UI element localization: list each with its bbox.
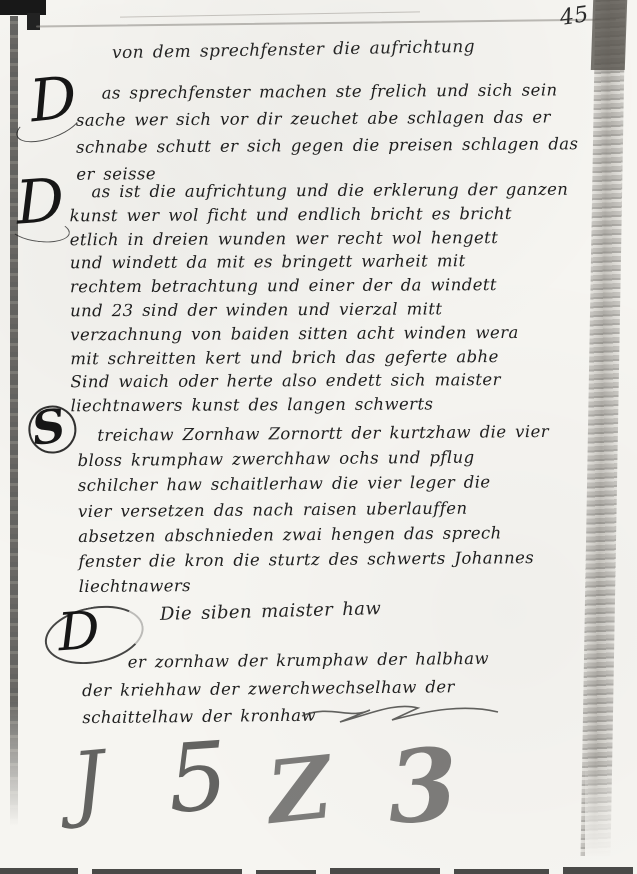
manuscript-line: kunst wer wol ficht und endlich bricht e… bbox=[70, 201, 569, 227]
manuscript-line: und windett da mit es bringett warheit m… bbox=[70, 249, 569, 275]
manuscript-line: treichaw Zornhaw Zornortt der kurtzhaw d… bbox=[97, 419, 549, 448]
manuscript-line: fenster die kron die sturtz des schwerts… bbox=[78, 545, 550, 574]
scan-artifact-bottom-segment bbox=[330, 868, 440, 874]
decorated-initial: D bbox=[14, 170, 67, 233]
paragraph-aufrichtung: as ist die aufrichtung und die erklerung… bbox=[69, 178, 569, 419]
pen-flourish-icon bbox=[300, 694, 500, 728]
scan-artifact-bottom-segment bbox=[454, 869, 549, 874]
manuscript-line: sache wer sich vor dir zeuchet abe schla… bbox=[76, 103, 578, 134]
scan-artifact-bottom-segment bbox=[256, 870, 316, 874]
scan-artifact-top-line-2 bbox=[120, 11, 420, 17]
manuscript-line: verzachnung von baiden sitten acht winde… bbox=[70, 320, 569, 346]
manuscript-line: rechtem betrachtung und einer der da win… bbox=[70, 273, 569, 299]
manuscript-line: er zornhaw der krumphaw der halbhaw bbox=[128, 645, 490, 676]
scan-artifact-bottom-segment bbox=[0, 868, 78, 874]
manuscript-line: liechtnawers kunst des langen schwerts bbox=[71, 392, 570, 418]
manuscript-page: 45 von dem sprechfenster die aufrichtung… bbox=[0, 0, 637, 874]
paragraph-sprechfenster: as sprechfenster machen ste frelich und … bbox=[76, 76, 579, 188]
pen-trial-glyph: 3 bbox=[385, 734, 460, 838]
manuscript-line: schilcher haw schaitlerhaw die vier lege… bbox=[78, 469, 550, 498]
page-number: 45 bbox=[558, 2, 590, 31]
manuscript-line: Sind waich oder herte also endett sich m… bbox=[70, 368, 569, 394]
manuscript-line: as sprechfenster machen ste frelich und … bbox=[102, 76, 578, 106]
manuscript-line: etlich in dreien wunden wer recht wol he… bbox=[70, 225, 569, 251]
scan-artifact-bottom-bar bbox=[0, 864, 637, 874]
decorated-initial: D bbox=[27, 68, 80, 131]
scan-artifact-top-line bbox=[36, 18, 616, 27]
manuscript-line: as ist die aufrichtung und die erklerung… bbox=[91, 178, 568, 204]
scan-artifact-right-edge bbox=[581, 0, 626, 856]
section-heading-sprechfenster: von dem sprechfenster die aufrichtung bbox=[112, 37, 475, 63]
scan-artifact-bottom-segment bbox=[92, 869, 242, 874]
pen-trial-glyph: Z bbox=[264, 745, 335, 837]
pen-trial-glyph: J bbox=[68, 741, 108, 826]
manuscript-line: schnabe schutt er sich gegen die preisen… bbox=[76, 130, 578, 161]
decorated-initial: S bbox=[29, 402, 69, 452]
pen-trial-glyph: 5 bbox=[165, 730, 231, 828]
paragraph-stucke-register: treichaw Zornhaw Zornortt der kurtzhaw d… bbox=[77, 419, 550, 600]
manuscript-line: mit schreitten kert und brich das gefert… bbox=[70, 344, 569, 370]
scan-artifact-bottom-segment bbox=[563, 867, 633, 874]
manuscript-line: liechtnawers bbox=[79, 570, 551, 599]
section-heading-siben-maister-haw: Die siben maister haw bbox=[160, 598, 382, 625]
scan-artifact-right-edge-top bbox=[591, 0, 627, 70]
manuscript-line: und 23 sind der winden und vierzal mitt bbox=[70, 297, 569, 323]
scan-artifact-right-edge-fade bbox=[585, 760, 630, 874]
scan-artifact-left-edge-fade bbox=[9, 700, 19, 840]
